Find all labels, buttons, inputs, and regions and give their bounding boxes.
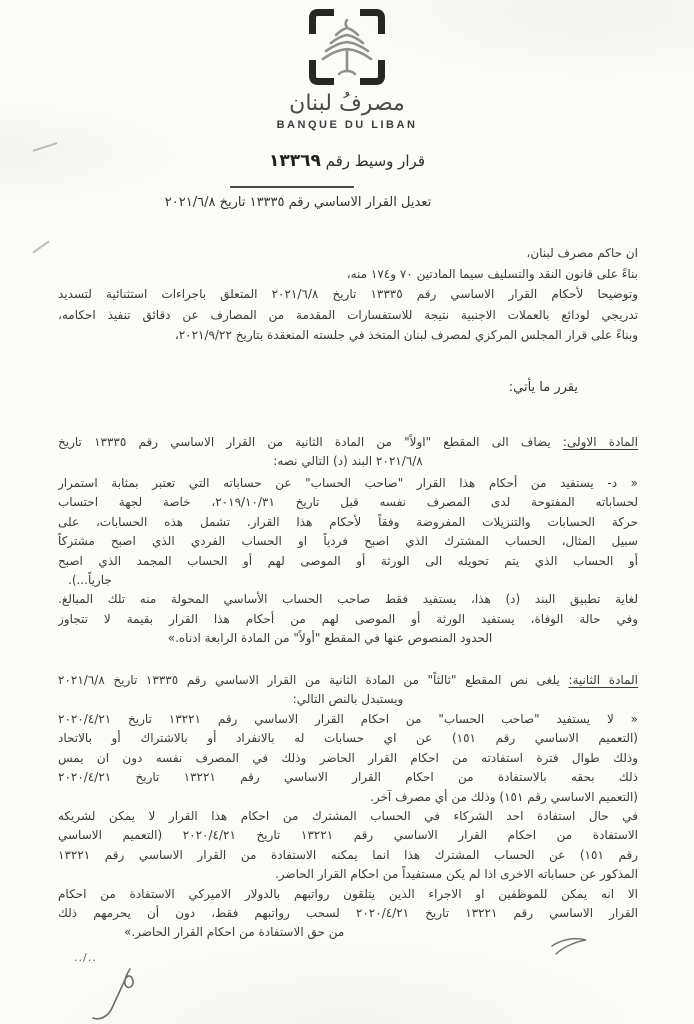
- decision-subject: تعديل القرار الاساسي رقم ١٣٣٣٥ تاريخ ٢٠٢…: [0, 195, 645, 210]
- quote-line: وفي حالة الوفاة، يستفيد الورثة أو الموصى…: [58, 610, 638, 629]
- article-2-second-line: ويستبدل بالنص التالي:: [58, 690, 638, 709]
- decision-title: قرار وسيط رقم ١٣٣٦٩: [0, 151, 694, 171]
- article-1-text: يضاف الى المقطع "اولاً" من المادة الثاني…: [58, 435, 551, 449]
- quote-line: حركة الحسابات والتنزيلات المفروضة وفقاً …: [58, 513, 638, 532]
- title-underline: [230, 186, 354, 188]
- quote-line: جارياً...).: [58, 571, 638, 590]
- article-2-quote: « لا يستفيد "صاحب الحساب" من احكام القرا…: [58, 710, 638, 943]
- quote-line: رقم ١٥١) عن الحساب المشترك هذا انما يمكن…: [58, 846, 638, 865]
- preamble-line: وبناءً على قرار المجلس المركزي لمصرف لبن…: [58, 325, 638, 346]
- decision-type-label: قرار وسيط رقم: [326, 152, 425, 170]
- quote-line: لغاية تطبيق البند (د) هذا، يستفيد فقط صا…: [58, 590, 638, 609]
- scanned-decree-page: مصرفُ لبنان BANQUE DU LIBAN قرار وسيط رق…: [0, 0, 694, 1024]
- quote-line: في حال استفادة احد الشركاء في الحساب الم…: [58, 807, 638, 826]
- quote-line: لحساباته المفتوحة لدى المصرف نفسه قبل تا…: [58, 493, 638, 512]
- quote-line: (التعميم الاساسي رقم ١٥١) عن اي حسابات ل…: [58, 729, 638, 748]
- quote-line: « لا يستفيد "صاحب الحساب" من احكام القرا…: [58, 710, 638, 729]
- decree-clause: يقرر ما يأتي:: [509, 380, 578, 395]
- preamble-line: تدريجي لودائع بالعملات الاجنبية نتيجة لل…: [58, 305, 638, 326]
- scan-pencil-streak: [32, 240, 50, 253]
- quote-line: ذلك بحقه بالاستفادة من احكام القرار الاس…: [58, 768, 638, 787]
- preamble-line: ان حاكم مصرف لبنان،: [58, 243, 638, 264]
- signature-mark: [86, 963, 148, 1023]
- article-1: المادة الاولى: يضاف الى المقطع "اولاً" م…: [58, 433, 638, 472]
- quote-line: الا انه يمكن للموظفين او الاجراء الذين ي…: [58, 885, 638, 904]
- quote-line: سبيل المثال، الحساب المشترك الذي اصبح فر…: [58, 532, 638, 551]
- article-2: المادة الثانية: يلغى نص المقطع "ثالثاً" …: [58, 671, 638, 710]
- decision-number: ١٣٣٦٩: [269, 151, 321, 171]
- article-1-first-line: المادة الاولى: يضاف الى المقطع "اولاً" م…: [58, 433, 638, 452]
- cedar-icon: [323, 20, 371, 74]
- quote-line: أو الحساب الذي يتم تحويله الى الورثة أو …: [58, 552, 638, 571]
- quote-line: الحدود المنصوص عنها في المقطع "أولاً" من…: [40, 629, 620, 648]
- quote-line: وذلك طوال فترة استفادته من احكام القرار …: [58, 749, 638, 768]
- article-2-first-line: المادة الثانية: يلغى نص المقطع "ثالثاً" …: [58, 671, 638, 690]
- article-2-label: المادة الثانية:: [568, 673, 638, 687]
- handwritten-check-mark: [548, 934, 592, 960]
- quote-line: القرار الاساسي رقم ١٣٢٢١ تاريخ ٢٠٢٠/٤/٢١…: [58, 904, 638, 923]
- bdl-logo: مصرفُ لبنان BANQUE DU LIBAN: [0, 8, 694, 131]
- quote-line: المذكور عن حساباته الاخرى اذا لم يكن مست…: [58, 865, 638, 884]
- preamble: ان حاكم مصرف لبنان، بناءً على قانون النق…: [58, 243, 638, 346]
- article-1-quote: « د- يستفيد من أحكام هذا القرار "صاحب ال…: [58, 474, 638, 649]
- bank-name-french: BANQUE DU LIBAN: [0, 119, 694, 131]
- bank-name-arabic: مصرفُ لبنان: [0, 92, 694, 116]
- article-1-second-line: ٢٠٢١/٦/٨ البند (د) التالي نصه:: [58, 452, 638, 471]
- quote-line: الاستفادة من احكام القرار الاساسي رقم ١٣…: [58, 826, 638, 845]
- bdl-logo-frame-and-cedar-icon: [308, 8, 386, 86]
- article-1-label: المادة الاولى:: [563, 435, 638, 449]
- quote-line: « د- يستفيد من أحكام هذا القرار "صاحب ال…: [58, 474, 638, 493]
- quote-line: (التعميم الاساسي رقم ١٥١) وذلك من أي مصر…: [58, 788, 638, 807]
- preamble-line: وتوضيحا لأحكام القرار الاساسي رقم ١٣٣٣٥ …: [58, 284, 638, 305]
- preamble-line: بناءً على قانون النقد والتسليف سيما الما…: [58, 264, 638, 285]
- article-2-text: يلغى نص المقطع "ثالثاً" من المادة الثاني…: [58, 673, 560, 687]
